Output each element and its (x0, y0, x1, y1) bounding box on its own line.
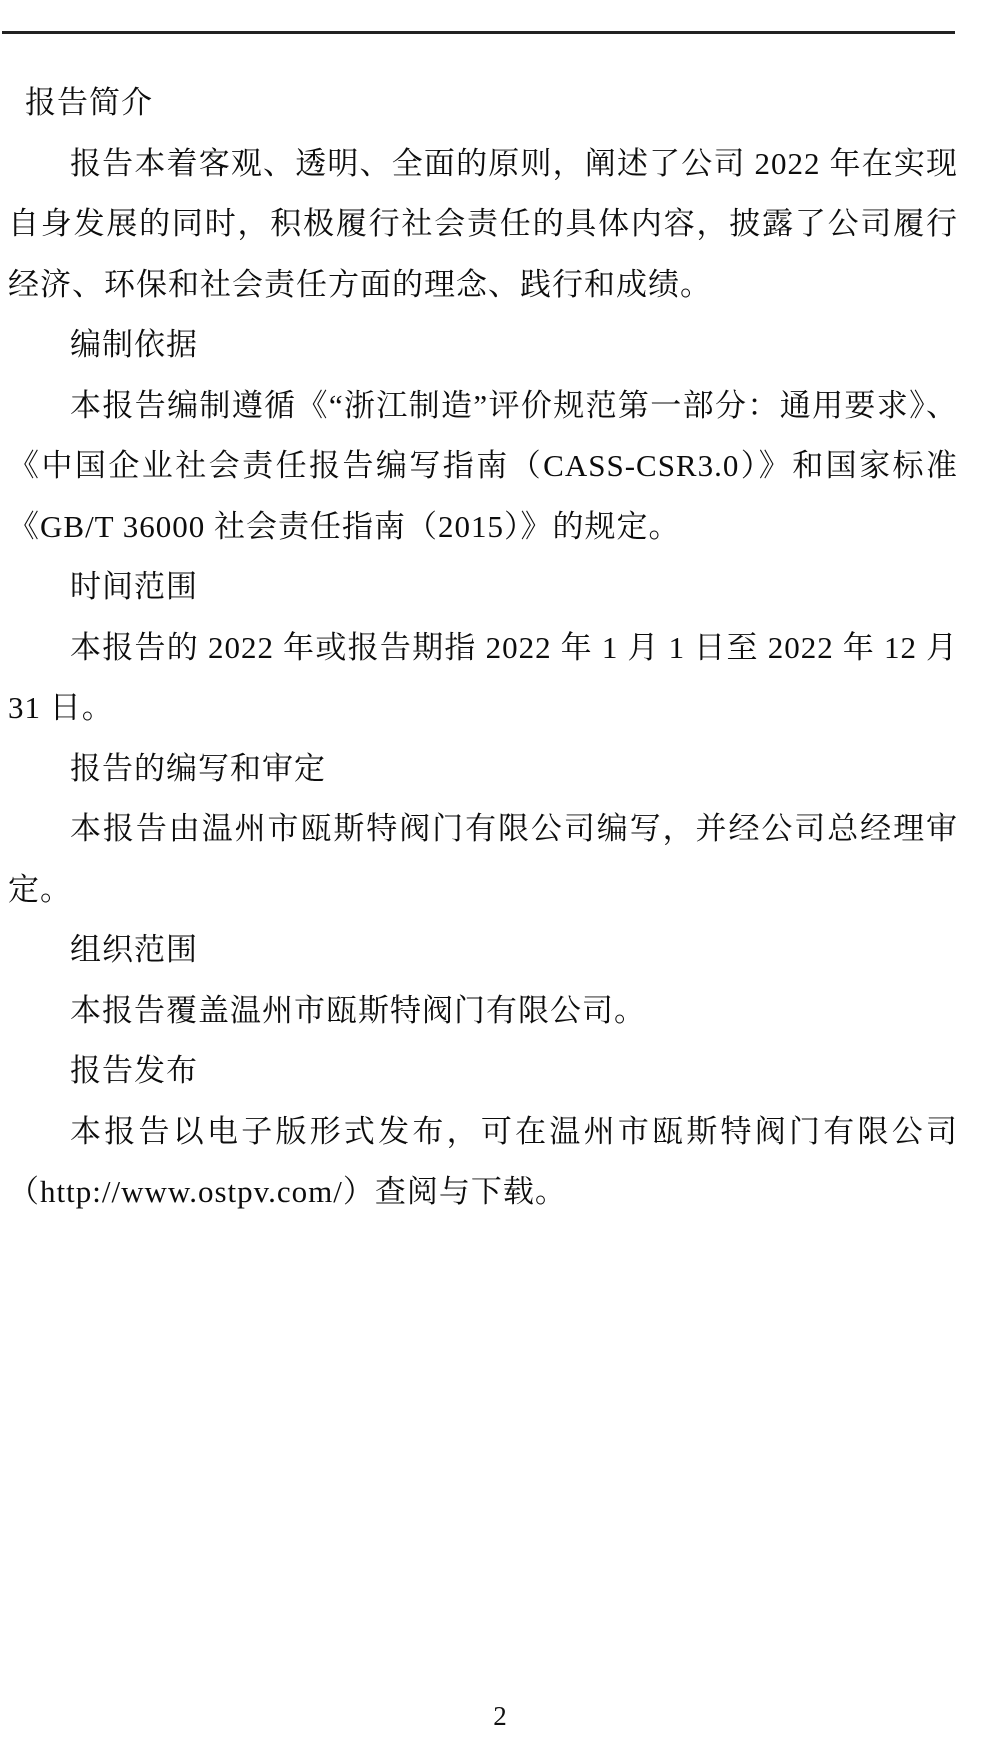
heading-writing-approval: 报告的编写和审定 (8, 739, 958, 800)
paragraph-writing-approval: 本报告由温州市瓯斯特阀门有限公司编写，并经公司总经理审定。 (8, 799, 958, 920)
page-title: 报告简介 (25, 73, 958, 134)
heading-report-release: 报告发布 (8, 1041, 958, 1102)
heading-organization-scope: 组织范围 (8, 920, 958, 981)
paragraph-organization-scope: 本报告覆盖温州市瓯斯特阀门有限公司。 (8, 981, 958, 1042)
paragraph-report-release: 本报告以电子版形式发布，可在温州市瓯斯特阀门有限公司（http://www.os… (8, 1102, 958, 1223)
page-footer: 2 (0, 1700, 1000, 1732)
intro-paragraph: 报告本着客观、透明、全面的原则，阐述了公司 2022 年在实现自身发展的同时，积… (8, 134, 958, 316)
page-number: 2 (493, 1701, 507, 1731)
page-content: 报告简介 报告本着客观、透明、全面的原则，阐述了公司 2022 年在实现自身发展… (0, 0, 1000, 1223)
report-page: 报告简介 报告本着客观、透明、全面的原则，阐述了公司 2022 年在实现自身发展… (0, 0, 1000, 1764)
paragraph-time-scope: 本报告的 2022 年或报告期指 2022 年 1 月 1 日至 2022 年 … (8, 618, 958, 739)
heading-time-scope: 时间范围 (8, 557, 958, 618)
paragraph-compilation-basis: 本报告编制遵循《“浙江制造”评价规范第一部分：通用要求》、《中国企业社会责任报告… (8, 376, 958, 558)
heading-compilation-basis: 编制依据 (8, 315, 958, 376)
